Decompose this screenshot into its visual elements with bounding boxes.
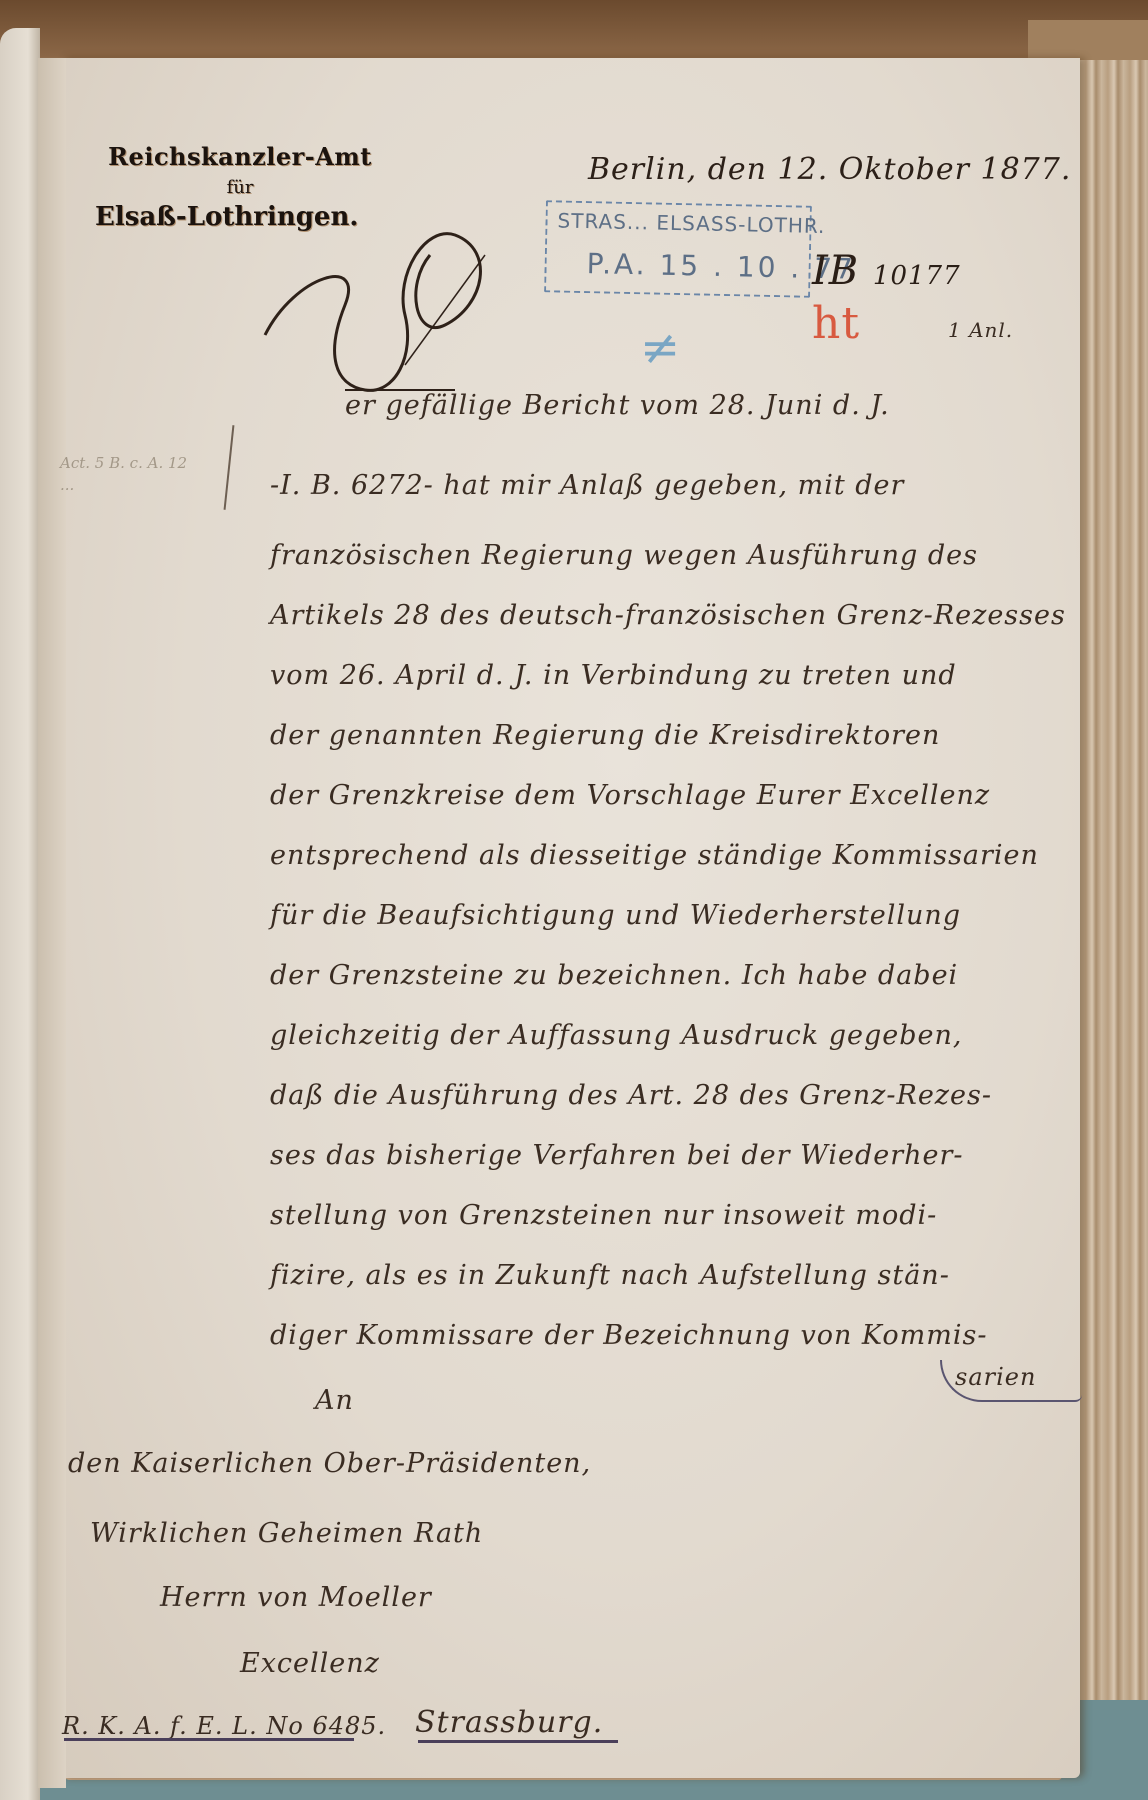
body-line-7: der Grenzkreise dem Vorschlage Eurer Exc… <box>270 780 990 811</box>
address-salutation: An <box>315 1385 354 1416</box>
letterhead-line2: für <box>95 177 385 198</box>
attachment-note: 1 Anl. <box>948 318 1013 342</box>
ornamental-initial-icon <box>255 215 615 415</box>
binding-gutter <box>38 58 66 1788</box>
body-line-9: für die Beaufsichtigung und Wiederherste… <box>270 900 961 931</box>
body-line-13: ses das bisherige Verfahren bei der Wied… <box>270 1140 964 1171</box>
registry-underline <box>64 1738 354 1741</box>
reference-number-value: 10177 <box>873 261 961 291</box>
city-underline <box>418 1740 618 1743</box>
left-page-edge <box>0 28 40 1800</box>
destination-city: Strassburg. <box>415 1705 603 1740</box>
body-line-4: Artikels 28 des deutsch-französischen Gr… <box>270 600 1066 631</box>
dateline: Berlin, den 12. Oktober 1877. <box>588 152 1071 187</box>
blue-pencil-mark: ≠ <box>640 320 681 376</box>
address-line-2: Wirklichen Geheimen Rath <box>90 1518 483 1549</box>
closing-word: sarien <box>955 1363 1036 1391</box>
body-line-6: der genannten Regierung die Kreisdirekto… <box>270 720 940 751</box>
red-pencil-mark: ht <box>812 298 860 349</box>
body-line-2: -I. B. 6272- hat mir Anlaß gegeben, mit … <box>270 470 904 501</box>
margin-note-line1: Act. 5 B. c. A. 12 <box>60 452 187 474</box>
reference-main: IB <box>812 248 859 294</box>
margin-note: Act. 5 B. c. A. 12 ... <box>60 452 187 496</box>
registry-number: R. K. A. f. E. L. No 6485. <box>62 1712 386 1740</box>
letterhead-line1: Reichskanzler-Amt <box>95 142 385 171</box>
address-line-3: Herrn von Moeller <box>160 1582 432 1613</box>
body-line-5: vom 26. April d. J. in Verbindung zu tre… <box>270 660 957 691</box>
reference-number: IB 10177 <box>812 248 961 294</box>
body-line-10: der Grenzsteine zu bezeichnen. Ich habe … <box>270 960 958 991</box>
address-line-1: den Kaiserlichen Ober-Präsidenten, <box>68 1448 591 1479</box>
body-line-1: er gefällige Bericht vom 28. Juni d. J. <box>345 390 890 421</box>
address-line-4: Excellenz <box>240 1648 380 1679</box>
body-line-8: entsprechend als diesseitige ständige Ko… <box>270 840 1039 871</box>
body-line-16: diger Kommissare der Bezeichnung von Kom… <box>270 1320 987 1351</box>
body-line-15: fizire, als es in Zukunft nach Aufstellu… <box>270 1260 950 1291</box>
body-line-11: gleichzeitig der Auffassung Ausdruck geg… <box>270 1020 962 1051</box>
body-line-14: stellung von Grenzsteinen nur insoweit m… <box>270 1200 937 1231</box>
body-line-3: französischen Regierung wegen Ausführung… <box>270 540 978 571</box>
body-line-12: daß die Ausführung des Art. 28 des Grenz… <box>270 1080 992 1111</box>
margin-note-line2: ... <box>60 474 187 496</box>
